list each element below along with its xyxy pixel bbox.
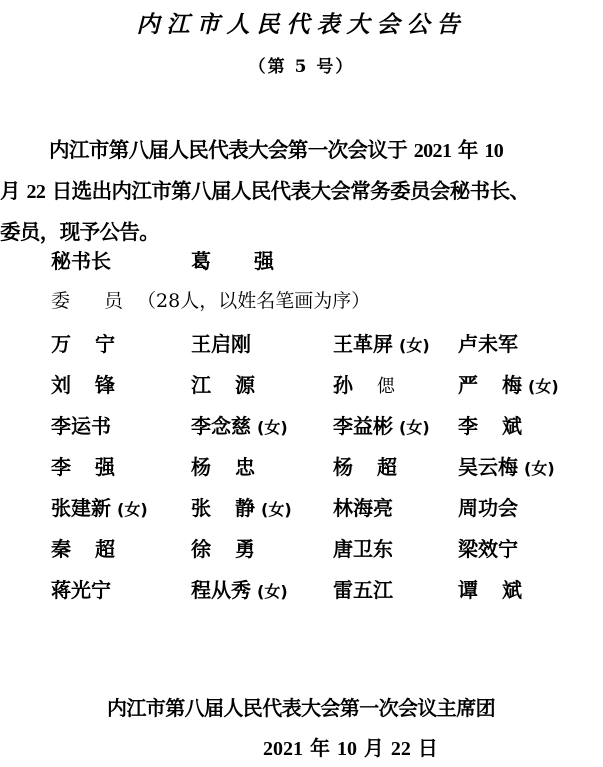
text: 年 (303, 736, 337, 760)
members-row: 张建新(女)张静(女)林海亮周功会 (51, 486, 603, 527)
female-marker: (女) (257, 418, 288, 437)
members-row: 李强杨忠杨超吴云梅(女) (51, 445, 603, 486)
name-text: 李运书 (51, 414, 111, 438)
member-name: 梁效宁 (458, 533, 588, 562)
surname: 谭 (458, 578, 478, 602)
date-month: 10 (337, 738, 357, 760)
members-row: 蒋光宁程从秀(女)雷五江谭斌 (51, 568, 603, 609)
member-name: 杨忠 (191, 451, 333, 480)
text: 日 (411, 736, 438, 760)
text: 日选出内江市第八届人民代表大会常务委员会秘书长、 (45, 179, 529, 203)
members-row: 李运书李念慈(女)李益彬(女)李斌 (51, 404, 603, 445)
surname: 孙 (333, 373, 353, 397)
surname: 江 (191, 373, 211, 397)
female-marker: (女) (117, 500, 148, 519)
members-row: 刘锋江源孙偲严梅(女) (51, 363, 603, 404)
given-name: 源 (235, 373, 255, 397)
member-name: 张建新(女) (51, 492, 191, 521)
surname: 万 (51, 332, 71, 356)
name-text: 王革屏 (333, 332, 393, 356)
document-title: 内江市人民代表大会公告 (0, 6, 603, 39)
name-text: 唐卫东 (333, 537, 393, 561)
surname: 杨 (191, 455, 211, 479)
given-name: 偲 (377, 376, 395, 397)
member-name: 严梅(女) (458, 369, 588, 398)
member-name: 李斌 (458, 410, 588, 439)
female-marker: (女) (257, 582, 288, 601)
member-name: 林海亮 (333, 492, 458, 521)
member-name: 吴云梅(女) (458, 451, 588, 480)
surname: 张 (191, 496, 211, 520)
issue-number: （第 5 号） (0, 52, 603, 77)
member-name: 雷五江 (333, 574, 458, 603)
members-row: 万宁王启刚王革屏(女)卢未军 (51, 322, 603, 363)
given-name: 强 (95, 455, 115, 479)
text: 年 (451, 138, 484, 162)
given-name: 宁 (95, 332, 115, 356)
members-heading: 委 员 （28人，以姓名笔画为序） (51, 286, 370, 313)
surname: 李 (51, 455, 71, 479)
name-text: 雷五江 (333, 578, 393, 602)
text: 月 (0, 179, 26, 203)
month: 10 (484, 140, 503, 162)
date-day: 22 (391, 738, 411, 760)
year: 2021 (414, 140, 452, 162)
issue-date: 2021 年 10 月 22 日 (263, 732, 438, 761)
name-text: 李念慈 (191, 414, 251, 438)
secretary-label: 秘书长 (51, 245, 191, 274)
member-name: 徐勇 (191, 533, 333, 562)
member-name: 卢未军 (458, 328, 588, 357)
surname: 严 (458, 373, 478, 397)
surname: 杨 (333, 455, 353, 479)
member-name: 王革屏(女) (333, 328, 458, 357)
female-marker: (女) (524, 459, 555, 478)
members-note: （28人，以姓名笔画为序） (137, 286, 370, 313)
given-name: 忠 (235, 455, 255, 479)
announcement-paragraph: 内江市第八届人民代表大会第一次会议于 2021 年 10 月 22 日选出内江市… (0, 130, 603, 252)
name-text: 李益彬 (333, 414, 393, 438)
surname: 徐 (191, 537, 211, 561)
member-name: 程从秀(女) (191, 574, 333, 603)
name-text: 林海亮 (333, 496, 393, 520)
text: 月 (357, 736, 391, 760)
secretary-name: 葛 强 (191, 245, 292, 274)
paragraph-line-1: 内江市第八届人民代表大会第一次会议于 2021 年 10 (0, 130, 603, 171)
member-name: 周功会 (458, 492, 588, 521)
member-name: 李强 (51, 451, 191, 480)
members-row: 秦超徐勇唐卫东梁效宁 (51, 527, 603, 568)
member-name: 李运书 (51, 410, 191, 439)
female-marker: (女) (399, 336, 430, 355)
surname: 秦 (51, 537, 71, 561)
given-name: 梅 (502, 373, 522, 397)
given-name: 超 (377, 455, 397, 479)
secretary-general: 秘书长 葛 强 (51, 245, 292, 274)
member-name: 杨超 (333, 451, 458, 480)
name-text: 周功会 (458, 496, 518, 520)
name-text: 吴云梅 (458, 455, 518, 479)
name-text: 程从秀 (191, 578, 251, 602)
text: 内江市第八届人民代表大会第一次会议于 (49, 138, 414, 162)
member-name: 唐卫东 (333, 533, 458, 562)
female-marker: (女) (261, 500, 292, 519)
member-name: 江源 (191, 369, 333, 398)
given-name: 静 (235, 496, 255, 520)
member-name: 万宁 (51, 328, 191, 357)
member-name: 李益彬(女) (333, 410, 458, 439)
members-grid: 万宁王启刚王革屏(女)卢未军刘锋江源孙偲严梅(女)李运书李念慈(女)李益彬(女)… (51, 322, 603, 609)
given-name: 锋 (95, 373, 115, 397)
given-name: 超 (95, 537, 115, 561)
name-text: 卢未军 (458, 332, 518, 356)
given-name: 斌 (502, 578, 522, 602)
day: 22 (26, 181, 45, 203)
female-marker: (女) (399, 418, 430, 437)
paragraph-line-2: 月 22 日选出内江市第八届人民代表大会常务委员会秘书长、 (0, 171, 603, 212)
given-name: 斌 (502, 414, 522, 438)
name-text: 梁效宁 (458, 537, 518, 561)
member-name: 李念慈(女) (191, 410, 333, 439)
member-name: 王启刚 (191, 328, 333, 357)
member-name: 孙偲 (333, 369, 458, 398)
name-text: 王启刚 (191, 332, 251, 356)
given-name: 勇 (235, 537, 255, 561)
member-name: 蒋光宁 (51, 574, 191, 603)
member-name: 张静(女) (191, 492, 333, 521)
female-marker: (女) (528, 377, 559, 396)
member-name: 刘锋 (51, 369, 191, 398)
member-name: 谭斌 (458, 574, 588, 603)
member-name: 秦超 (51, 533, 191, 562)
members-label: 委 员 (51, 286, 137, 313)
surname: 刘 (51, 373, 71, 397)
date-year: 2021 (263, 738, 303, 760)
name-text: 张建新 (51, 496, 111, 520)
surname: 李 (458, 414, 478, 438)
issuing-organization: 内江市第八届人民代表大会第一次会议主席团 (107, 692, 495, 721)
name-text: 蒋光宁 (51, 578, 111, 602)
